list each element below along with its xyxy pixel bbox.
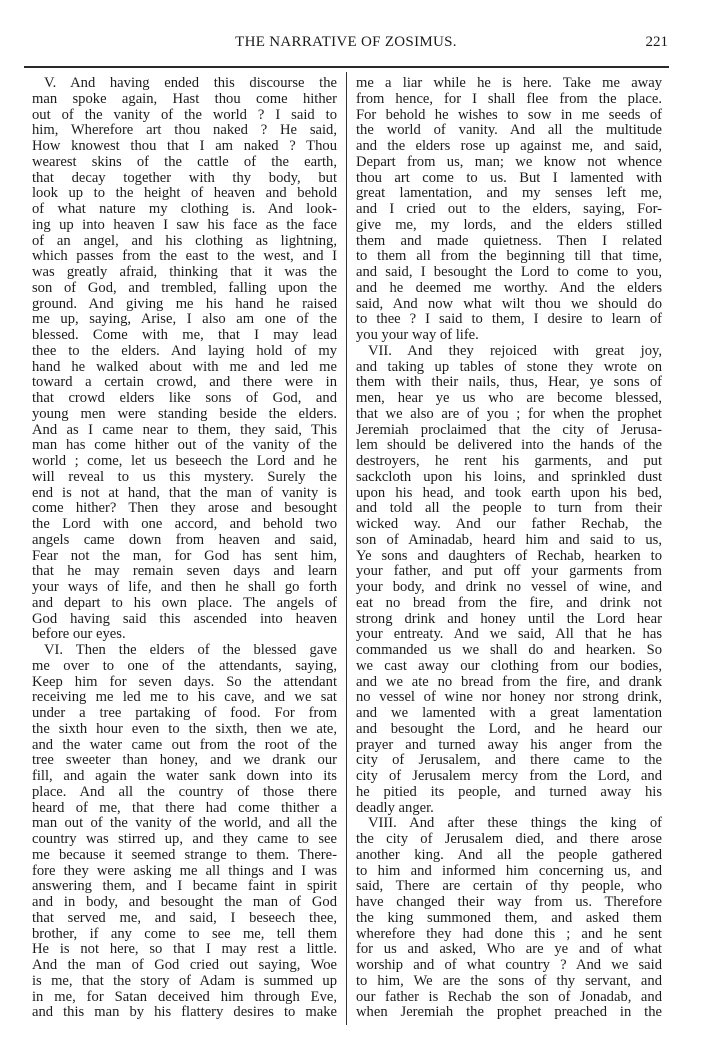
text-line: and we lamented with a great lamentation — [356, 706, 662, 722]
text-line: him, Wherefore art thou naked ? He said, — [32, 123, 337, 139]
text-line: For behold he wishes to sow in me seeds … — [356, 108, 662, 124]
text-line: and told all the people to turn from the… — [356, 501, 662, 517]
text-line: in me, for Satan deceived him through Ev… — [32, 990, 337, 1006]
text-line: strong drink and honey until the Lord he… — [356, 612, 662, 628]
text-line: that he may remain seven days and learn — [32, 564, 337, 580]
page-number: 221 — [646, 34, 669, 51]
text-line: and the water came out from the root of … — [32, 738, 337, 754]
text-line: and the elders rose up against me, and s… — [356, 139, 662, 155]
text-line: me because it seemed strange to them. Th… — [32, 848, 337, 864]
text-line: and I cried out to the elders, saying, F… — [356, 202, 662, 218]
text-line: me up, saying, Arise, I also am one of t… — [32, 312, 337, 328]
text-line: men, hear ye us who are become blessed, — [356, 391, 662, 407]
text-line: and in body, and besought the man of God — [32, 895, 337, 911]
text-line: end is not at hand, that the man of vani… — [32, 486, 337, 502]
text-line: city of Jerusalem, and there came to the — [356, 753, 662, 769]
text-line: commanded us we shall do and hearken. So — [356, 643, 662, 659]
text-line: receiving me led me to his cave, and we … — [32, 690, 337, 706]
text-line: that decay together with thy body, but — [32, 171, 337, 187]
text-line: city of Jerusalem mercy from the Lord, a… — [356, 769, 662, 785]
text-line: VII. And they rejoiced with great joy, — [356, 344, 662, 360]
text-line: Fear not the man, for God has sent him, — [32, 549, 337, 565]
text-line: lem should be delivered into the hands o… — [356, 438, 662, 454]
text-line: he pitied its people, and turned away hi… — [356, 785, 662, 801]
text-line: when Jeremiah the prophet preached in th… — [356, 1005, 662, 1021]
text-line: son of Aminadab, heard him and said to u… — [356, 533, 662, 549]
text-line: And as I came near to them, they said, T… — [32, 423, 337, 439]
running-head: THE NARRATIVE OF ZOSIMUS. 221 — [24, 34, 668, 54]
text-line: VIII. And after these things the king of — [356, 816, 662, 832]
text-line: V. And having ended this discourse the — [32, 76, 337, 92]
text-line: our father is Rechab the son of Jonadab,… — [356, 990, 662, 1006]
text-line: young men were standing beside the elder… — [32, 407, 337, 423]
text-line: under a tree partaking of food. For from — [32, 706, 337, 722]
text-line: no vessel of wine nor honey nor strong d… — [356, 690, 662, 706]
text-line: Ye sons and daughters of Rechab, hearken… — [356, 549, 662, 565]
text-line: the world of vanity. And all the multitu… — [356, 123, 662, 139]
text-line: toward a certain crowd, and there were i… — [32, 375, 337, 391]
text-line: them and made quietness. Then I related — [356, 234, 662, 250]
text-line: to him, We are the sons of thy servant, … — [356, 974, 662, 990]
text-line: tree sweeter than honey, and we drank ou… — [32, 753, 337, 769]
text-line: them with their nails, thus, Hear, ye so… — [356, 375, 662, 391]
text-line: and besought the Lord, and he heard our — [356, 722, 662, 738]
text-line: answering them, and I became faint in sp… — [32, 879, 337, 895]
text-line: of an angel, and his clothing as lightni… — [32, 234, 337, 250]
text-line: place. And all the country of those ther… — [32, 785, 337, 801]
text-line: wherefore they had done this ; and he se… — [356, 927, 662, 943]
text-column-right: me a liar while he is here. Take me away… — [356, 76, 662, 1021]
text-line: hand he walked about with me and led me — [32, 360, 337, 376]
book-page: THE NARRATIVE OF ZOSIMUS. 221 V. And hav… — [0, 0, 703, 1056]
text-line: another king. And all the people gathere… — [356, 848, 662, 864]
text-line: me a liar while he is here. Take me away — [356, 76, 662, 92]
text-line: from hence, for I shall flee from the pl… — [356, 92, 662, 108]
text-line: man has come hither out of the vanity of… — [32, 438, 337, 454]
text-line: out of the vanity of the world ? I said … — [32, 108, 337, 124]
text-line: the Lord with one accord, and behold two — [32, 517, 337, 533]
text-line: and said, I besought the Lord to come to… — [356, 265, 662, 281]
text-line: Jeremiah proclaimed that the city of Jer… — [356, 423, 662, 439]
text-line: fill, and again the water sank down into… — [32, 769, 337, 785]
text-line: to him and informed him concerning us, a… — [356, 864, 662, 880]
text-line: angels came down from heaven and said, — [32, 533, 337, 549]
text-line: look up to the height of heaven and beho… — [32, 186, 337, 202]
text-line: wearest skins of the cattle of the earth… — [32, 155, 337, 171]
text-line: that served me, and said, I beseech thee… — [32, 911, 337, 927]
text-line: thou art come to us. But I lamented with — [356, 171, 662, 187]
text-line: and taking up tables of stone they wrote… — [356, 360, 662, 376]
text-line: come hither? Then they arose and besough… — [32, 501, 337, 517]
text-line: ground. And giving me his hand he raised — [32, 297, 337, 313]
text-line: and we ate no bread from the fire, and d… — [356, 675, 662, 691]
text-line: your entreaty. And we said, All that he … — [356, 627, 662, 643]
text-line: How knowest thou that I am naked ? Thou — [32, 139, 337, 155]
text-line: and he deemed me worthy. And the elders — [356, 281, 662, 297]
text-line: have changed their way from us. Therefor… — [356, 895, 662, 911]
text-line: that we also are of you ; for when the p… — [356, 407, 662, 423]
text-line: He is not here, so that I may rest a lit… — [32, 942, 337, 958]
running-title: THE NARRATIVE OF ZOSIMUS. — [24, 34, 668, 51]
text-line: the king summoned them, and asked them — [356, 911, 662, 927]
text-line: the sixth hour even to the sixth, then w… — [32, 722, 337, 738]
text-line: fore they were asking me all things and … — [32, 864, 337, 880]
text-line: me over to one of the attendants, saying… — [32, 659, 337, 675]
text-line: that crowd elders like sons of God, and — [32, 391, 337, 407]
text-line: worship and of what country ? And we sai… — [356, 958, 662, 974]
text-line: which passes from the east to the west, … — [32, 249, 337, 265]
text-line: son of God, and trembled, falling upon t… — [32, 281, 337, 297]
text-line: of what nature my clothing is. And look- — [32, 202, 337, 218]
text-line: to them all from the beginning till that… — [356, 249, 662, 265]
text-line: blessed. Come with me, that I may lead — [32, 328, 337, 344]
text-line: your ways of life, and then he shall go … — [32, 580, 337, 596]
text-line: to thee ? I said to them, I desire to le… — [356, 312, 662, 328]
text-line: And the man of God cried out saying, Woe — [32, 958, 337, 974]
text-line: deadly anger. — [356, 801, 662, 817]
header-rule — [24, 66, 669, 68]
text-line: your father, and put off your garments f… — [356, 564, 662, 580]
text-column-left: V. And having ended this discourse thema… — [32, 76, 337, 1021]
text-line: wicked way. And our father Rechab, the — [356, 517, 662, 533]
text-line: VI. Then the elders of the blessed gave — [32, 643, 337, 659]
text-line: will reveal to us this mystery. Surely t… — [32, 470, 337, 486]
text-line: Keep him for seven days. So the attendan… — [32, 675, 337, 691]
text-line: and depart to his own place. The angels … — [32, 596, 337, 612]
text-line: God having said this ascended into heave… — [32, 612, 337, 628]
text-line: brother, if any come to see me, tell the… — [32, 927, 337, 943]
text-line: country was stirred up, and they came to… — [32, 832, 337, 848]
text-line: said, And now what wilt thou we should d… — [356, 297, 662, 313]
text-line: thee to the elders. And laying hold of m… — [32, 344, 337, 360]
text-line: give me, my lords, and the elders stille… — [356, 218, 662, 234]
text-line: Depart from us, man; we know not whence — [356, 155, 662, 171]
text-line: sackcloth upon his loins, and sprinkled … — [356, 470, 662, 486]
text-line: man out of the vanity of the world, and … — [32, 816, 337, 832]
text-line: upon his head, and took earth upon his b… — [356, 486, 662, 502]
text-line: prayer and turned away his anger from th… — [356, 738, 662, 754]
text-line: you your way of life. — [356, 328, 662, 344]
text-line: said, There are certain of thy people, w… — [356, 879, 662, 895]
text-line: the city of Jerusalem died, and there ar… — [356, 832, 662, 848]
text-line: man spoke again, Hast thou come hither — [32, 92, 337, 108]
text-line: ing up into heaven I saw his face as the… — [32, 218, 337, 234]
text-line: and this man by his flattery desires to … — [32, 1005, 337, 1021]
text-line: for us and asked, Who are ye and of what — [356, 942, 662, 958]
text-line: is me, that the story of Adam is summed … — [32, 974, 337, 990]
text-line: destroyers, he rent his garments, and pu… — [356, 454, 662, 470]
column-divider — [346, 72, 347, 1025]
text-line: before our eyes. — [32, 627, 337, 643]
text-line: was greatly afraid, thinking that it was… — [32, 265, 337, 281]
text-line: world ; come, let us beseech the Lord an… — [32, 454, 337, 470]
text-line: heard of me, that there had come thither… — [32, 801, 337, 817]
text-line: we cast away our clothing from our bodie… — [356, 659, 662, 675]
text-line: your body, and drink no vessel of wine, … — [356, 580, 662, 596]
text-line: eat no bread from the fire, and drink no… — [356, 596, 662, 612]
text-line: great lamentation, and my senses left me… — [356, 186, 662, 202]
